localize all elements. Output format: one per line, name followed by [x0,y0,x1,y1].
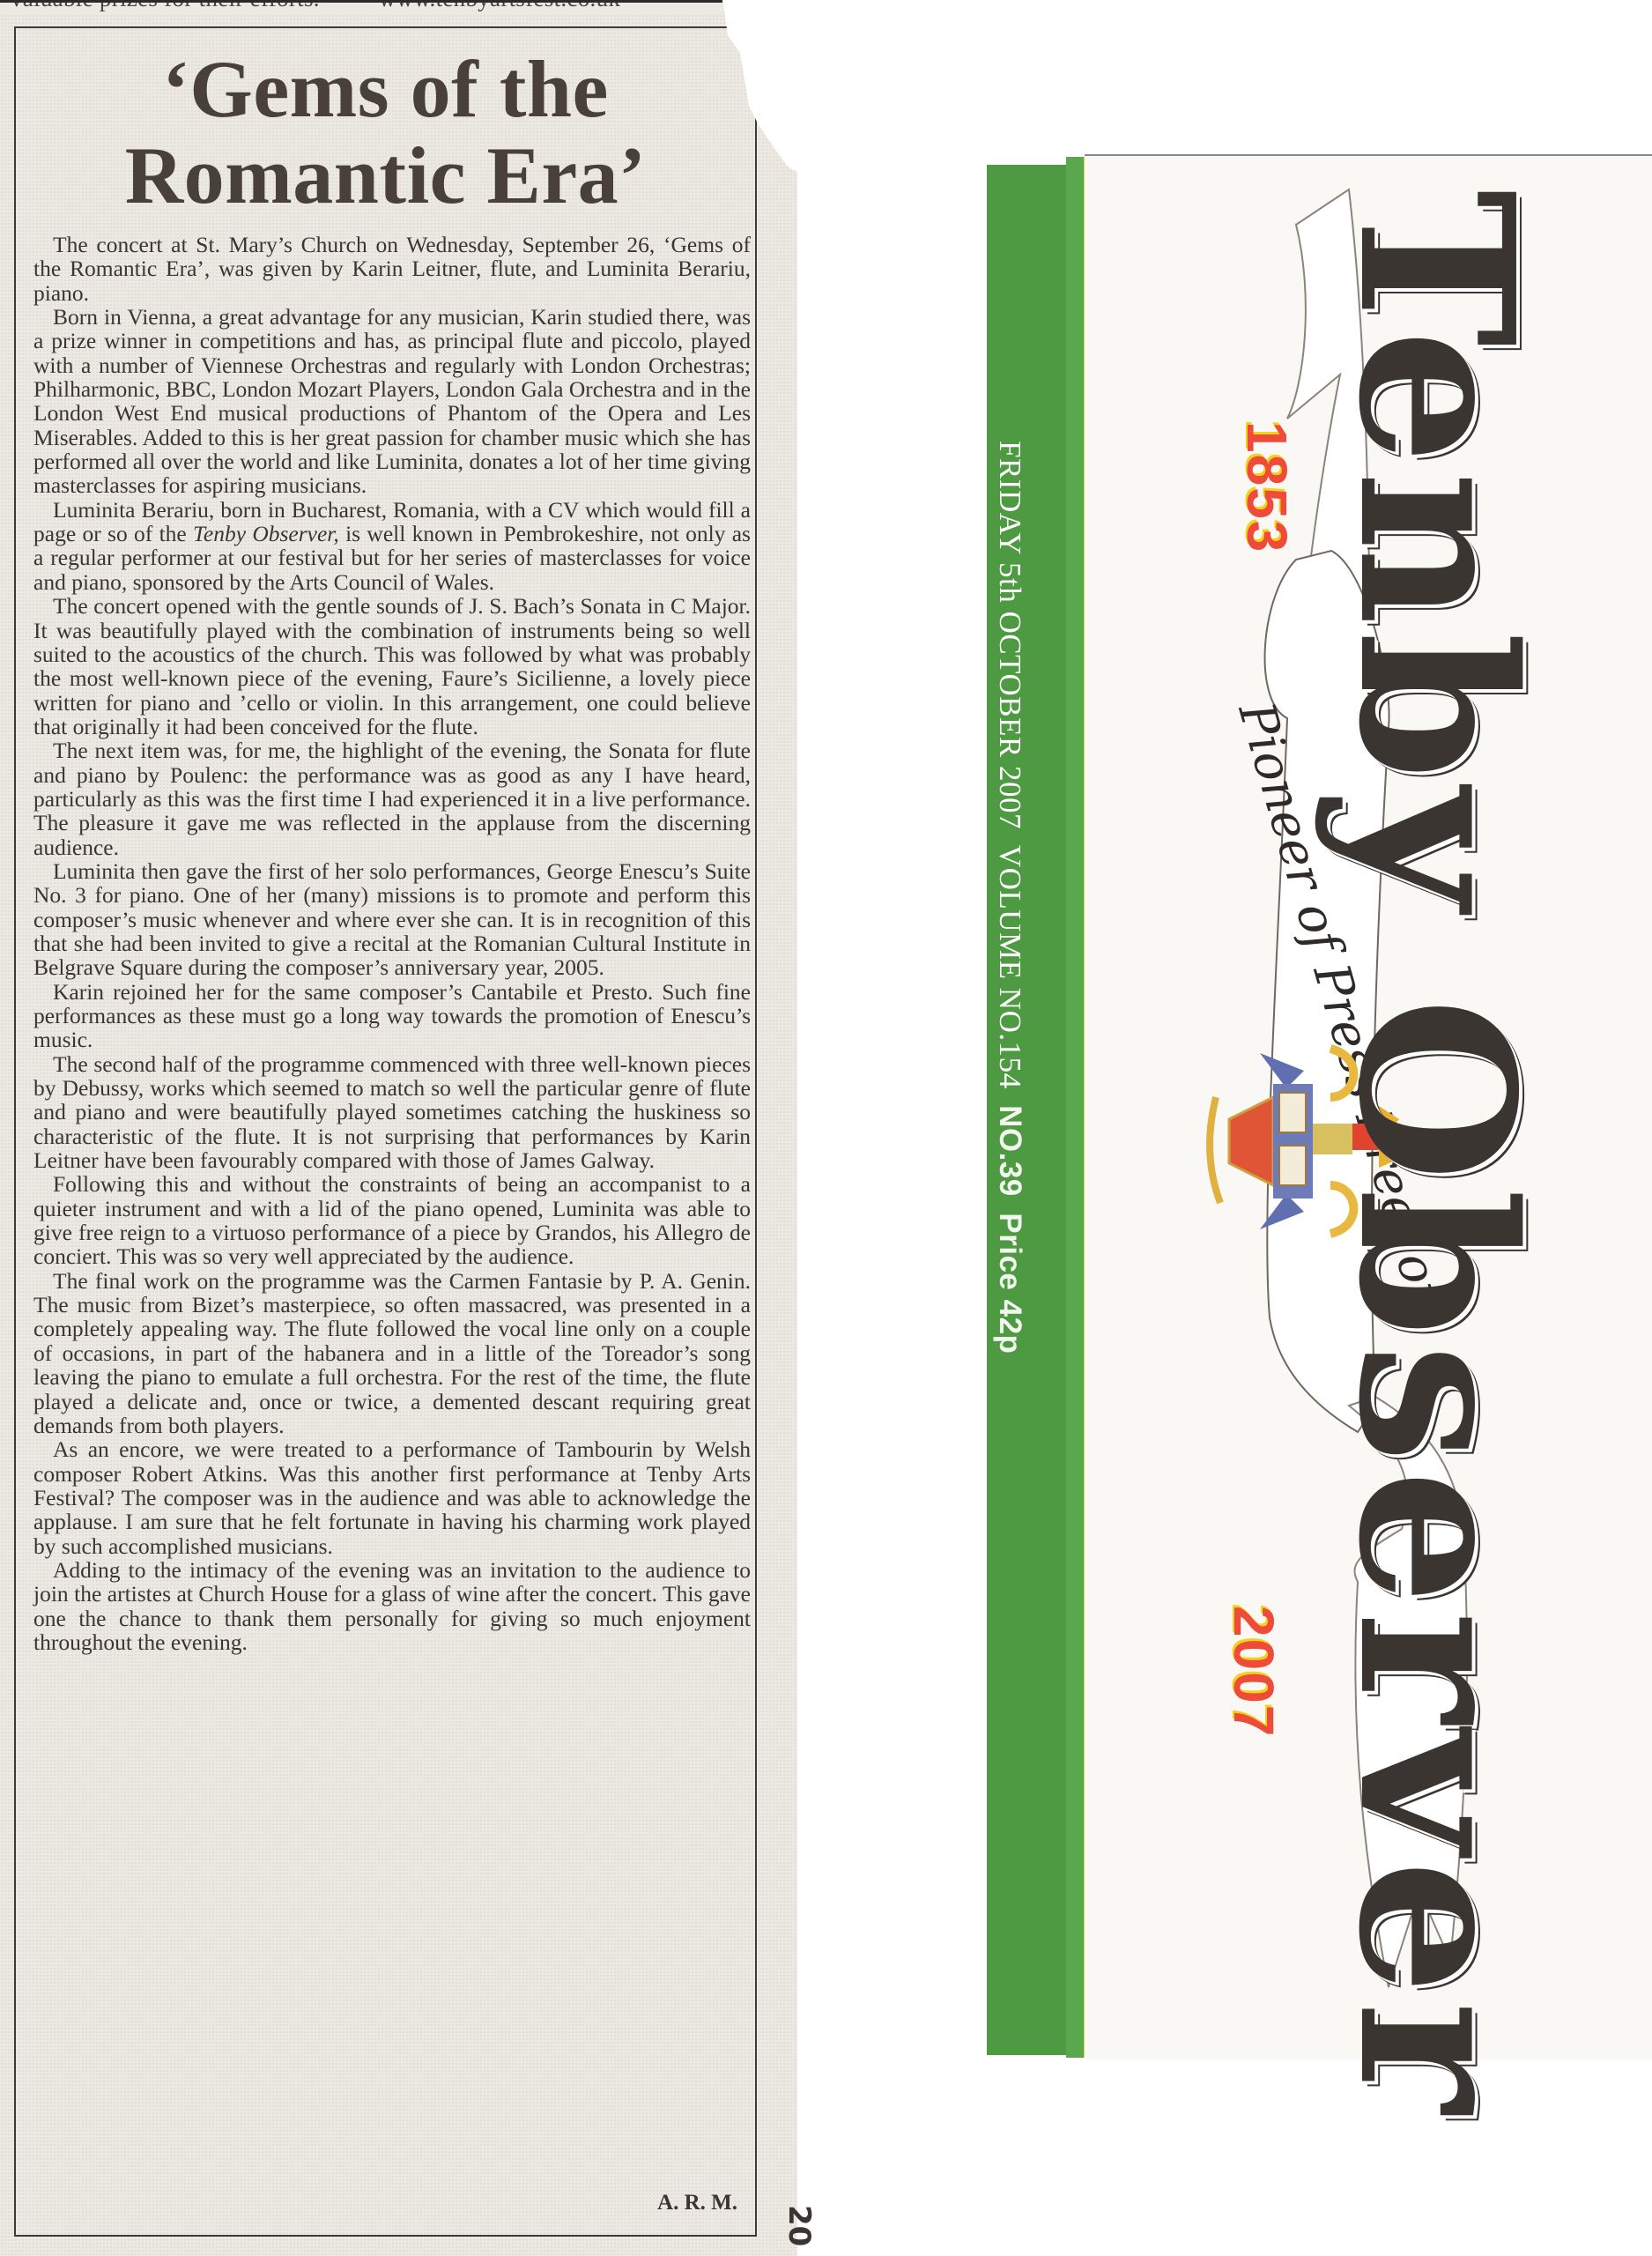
article-clipping: valuable prizes for their efforts. www.t… [0,0,797,2256]
paragraph: The second half of the programme commenc… [33,1052,751,1173]
paragraph: Following this and without the constrain… [33,1172,751,1268]
article-headline: ‘Gems of the Romantic Era’ [16,46,755,219]
founded-year: 1853 [1234,421,1300,553]
issue-date: FRIDAY 5th OCTOBER 2007 [993,441,1027,829]
paragraph: The concert at St. Mary’s Church on Wedn… [33,233,751,305]
newspaper-name-italic: Tenby Observer, [193,521,339,546]
previous-article-strip: valuable prizes for their efforts. www.t… [0,0,722,15]
cut-off-text: valuable prizes for their efforts. [11,0,320,11]
headline-line-1: ‘Gems of the [16,46,755,132]
handwritten-page-mark: 20 [755,2205,817,2240]
article-box: ‘Gems of the Romantic Era’ The concert a… [14,26,757,2237]
article-body: The concert at St. Mary’s Church on Wedn… [33,233,751,1654]
paragraph: The concert opened with the gentle sound… [33,594,751,738]
dateline: FRIDAY 5th OCTOBER 2007 VOLUME NO.154 NO… [992,441,1027,1354]
author-initials: A. R. M. [657,2191,737,2215]
paragraph: As an encore, we were treated to a perfo… [33,1437,751,1558]
festival-url-text: www.tenbyartsfest.co.uk [379,0,620,11]
cover-price: Price 42p [993,1213,1027,1354]
issue-number: NO.39 [993,1105,1027,1197]
newspaper-title: Tenby Observer [1330,189,1542,2120]
paragraph: The final work on the programme was the … [33,1269,751,1437]
paragraph: Luminita Berariu, born in Bucharest, Rom… [33,498,751,594]
paragraph: Adding to the intimacy of the evening wa… [33,1558,751,1654]
paragraph: The next item was, for me, the highlight… [33,738,751,859]
volume-number: VOLUME NO.154 [993,845,1027,1089]
paragraph: Born in Vienna, a great advantage for an… [33,305,751,498]
current-year: 2007 [1221,1606,1286,1738]
green-edge-strip [1066,157,1085,2058]
paragraph: Karin rejoined her for the same composer… [33,980,751,1052]
headline-line-2: Romantic Era’ [16,132,755,219]
paragraph: Luminita then gave the first of her solo… [33,859,751,980]
